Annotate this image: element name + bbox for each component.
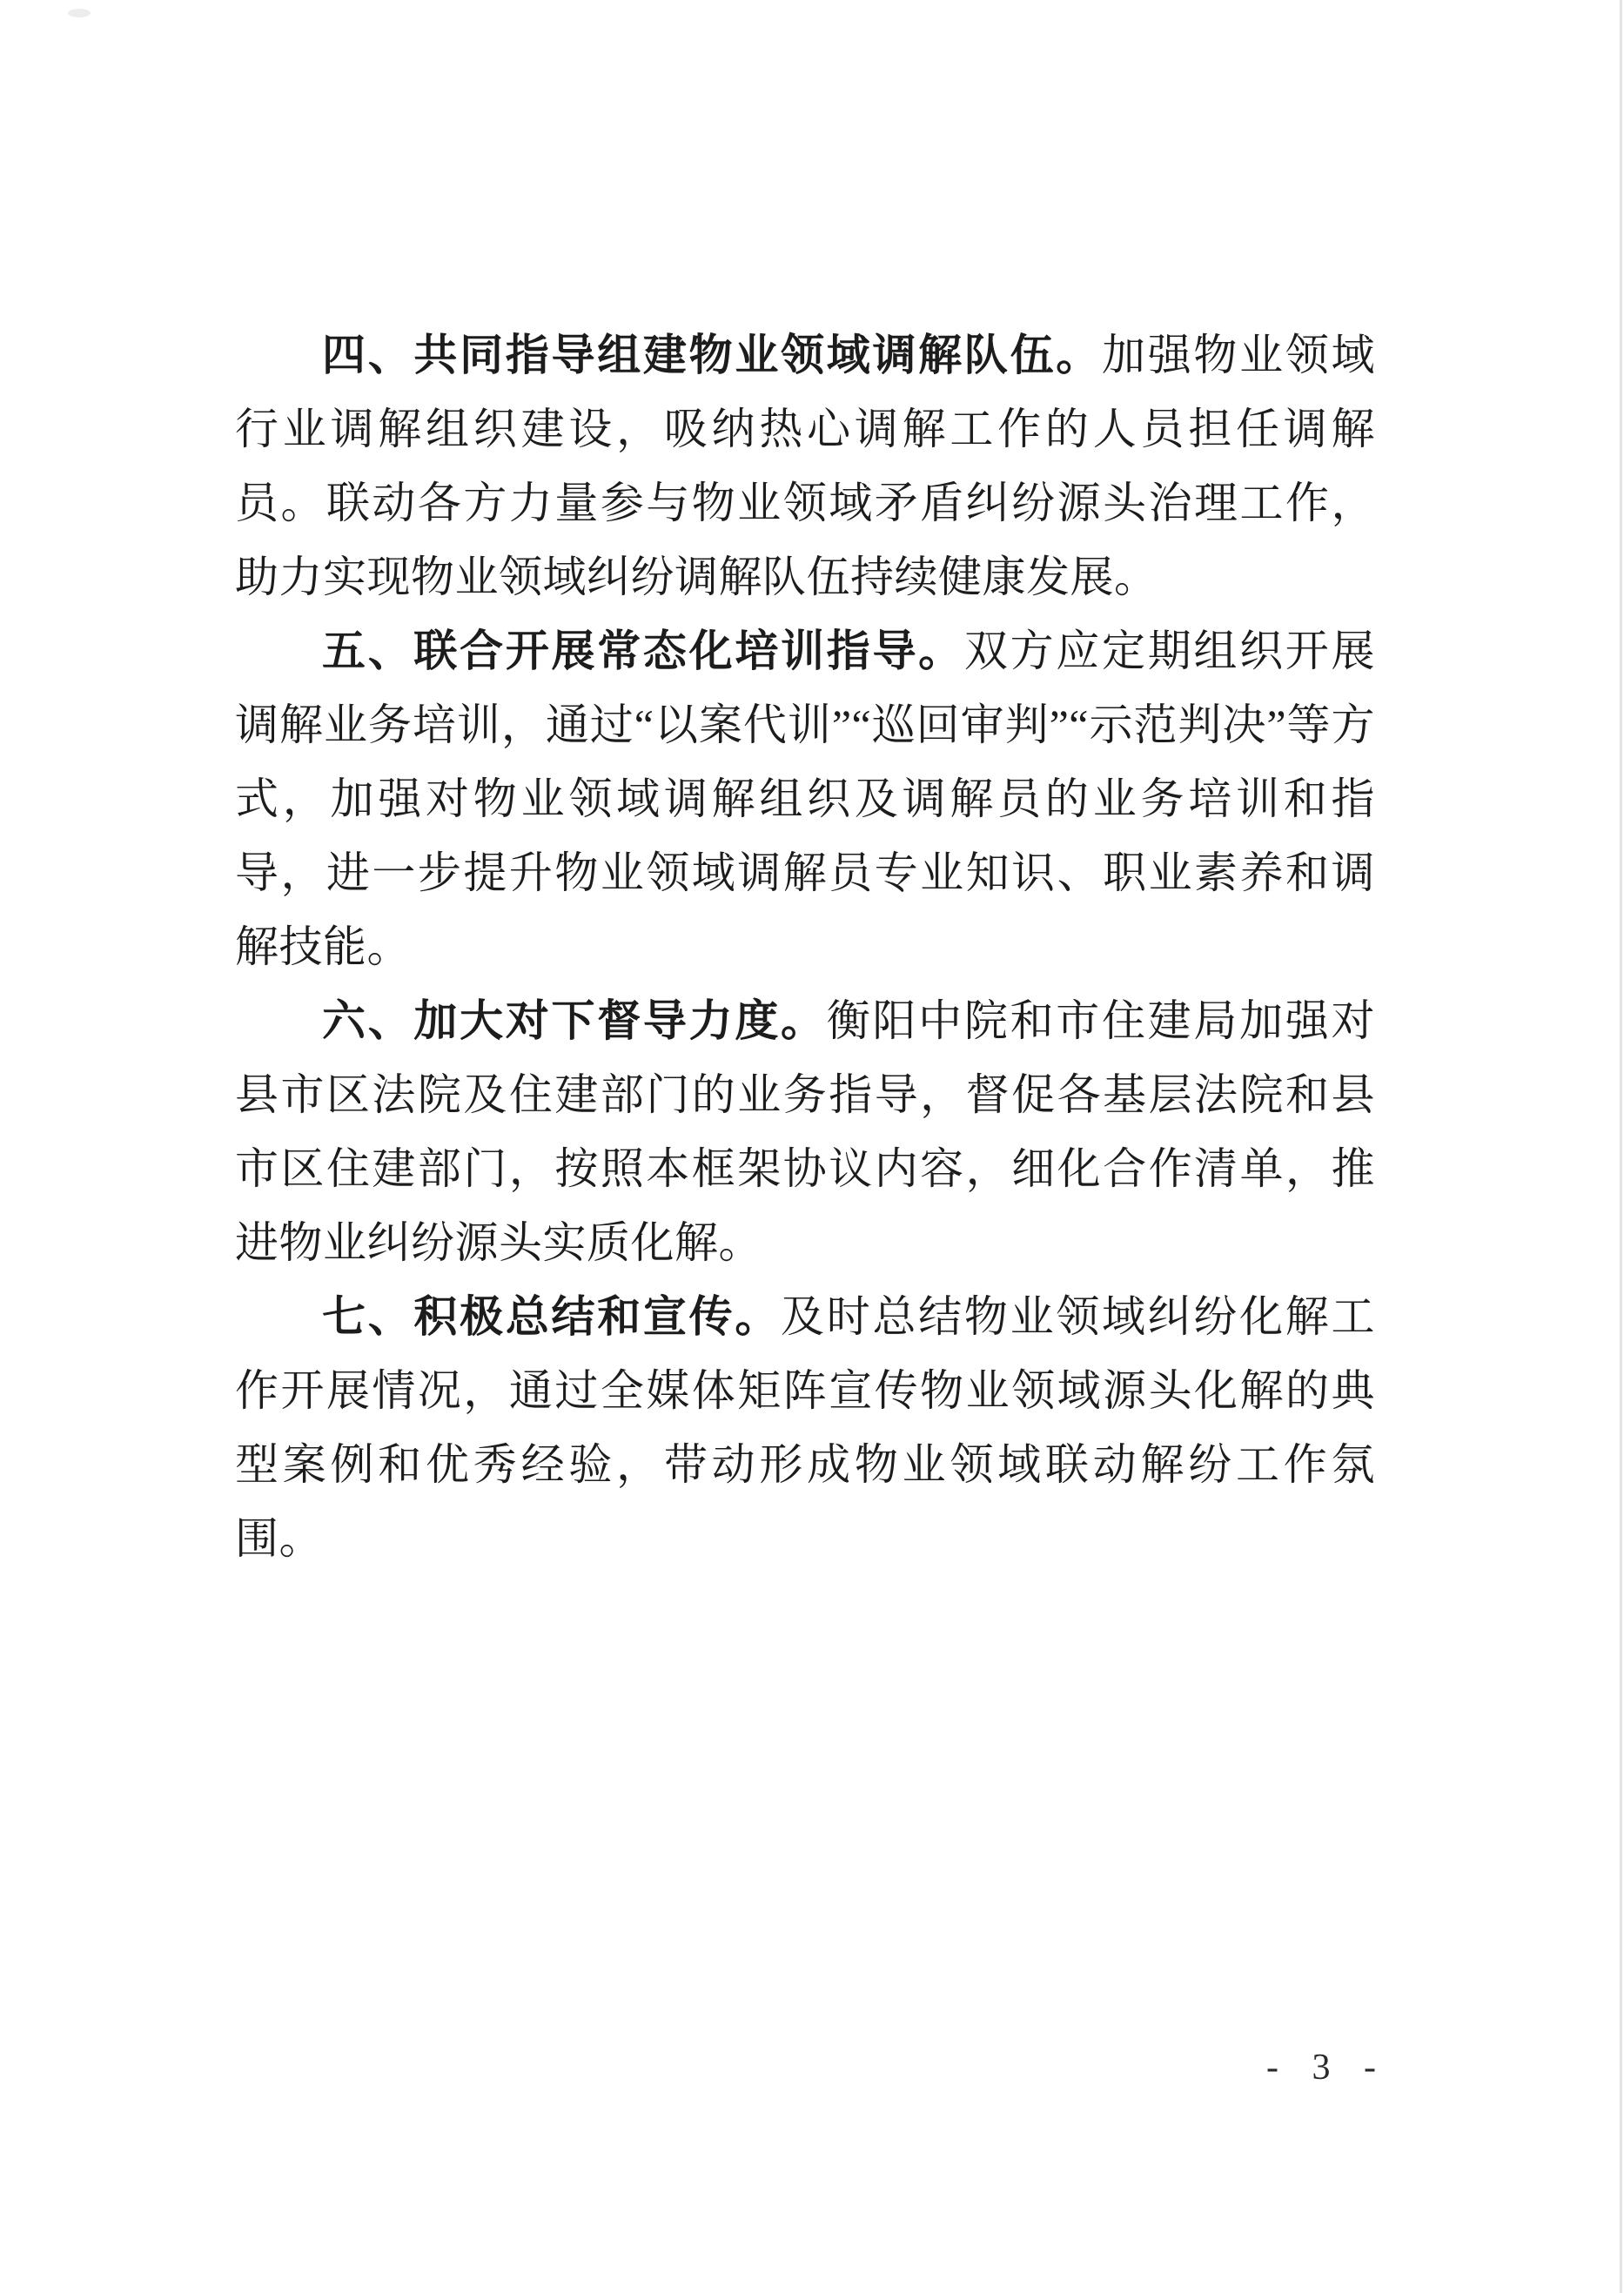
paragraph: 四、共同指导组建物业领域调解队伍。加强物业领域行业调解组织建设，吸纳热心调解工作… (235, 318, 1375, 614)
paragraph-text: 双方应定期组织开展调解业务培训，通过“以案代训”“巡回审判”“示范判决”等方式，… (235, 627, 1375, 971)
paragraph-heading: 四、共同指导组建物业领域调解队伍。 (322, 331, 1102, 379)
paragraph: 六、加大对下督导力度。衡阳中院和市住建局加强对县市区法院及住建部门的业务指导，督… (235, 984, 1375, 1280)
scan-edge-line (1620, 0, 1622, 2293)
document-body: 四、共同指导组建物业领域调解队伍。加强物业领域行业调解组织建设，吸纳热心调解工作… (235, 318, 1375, 1576)
paragraph-heading: 五、联合开展常态化培训指导。 (322, 627, 964, 675)
scan-smudge-artifact (68, 9, 91, 17)
paragraph-heading: 七、积极总结和宣传。 (322, 1292, 781, 1341)
page-number: - 3 - (1266, 2047, 1388, 2089)
document-page: 四、共同指导组建物业领域调解队伍。加强物业领域行业调解组织建设，吸纳热心调解工作… (0, 0, 1624, 2293)
paragraph: 七、积极总结和宣传。及时总结物业领域纠纷化解工作开展情况，通过全媒体矩阵宣传物业… (235, 1280, 1375, 1576)
paragraph-heading: 六、加大对下督导力度。 (322, 996, 827, 1045)
paragraph: 五、联合开展常态化培训指导。双方应定期组织开展调解业务培训，通过“以案代训”“巡… (235, 614, 1375, 984)
